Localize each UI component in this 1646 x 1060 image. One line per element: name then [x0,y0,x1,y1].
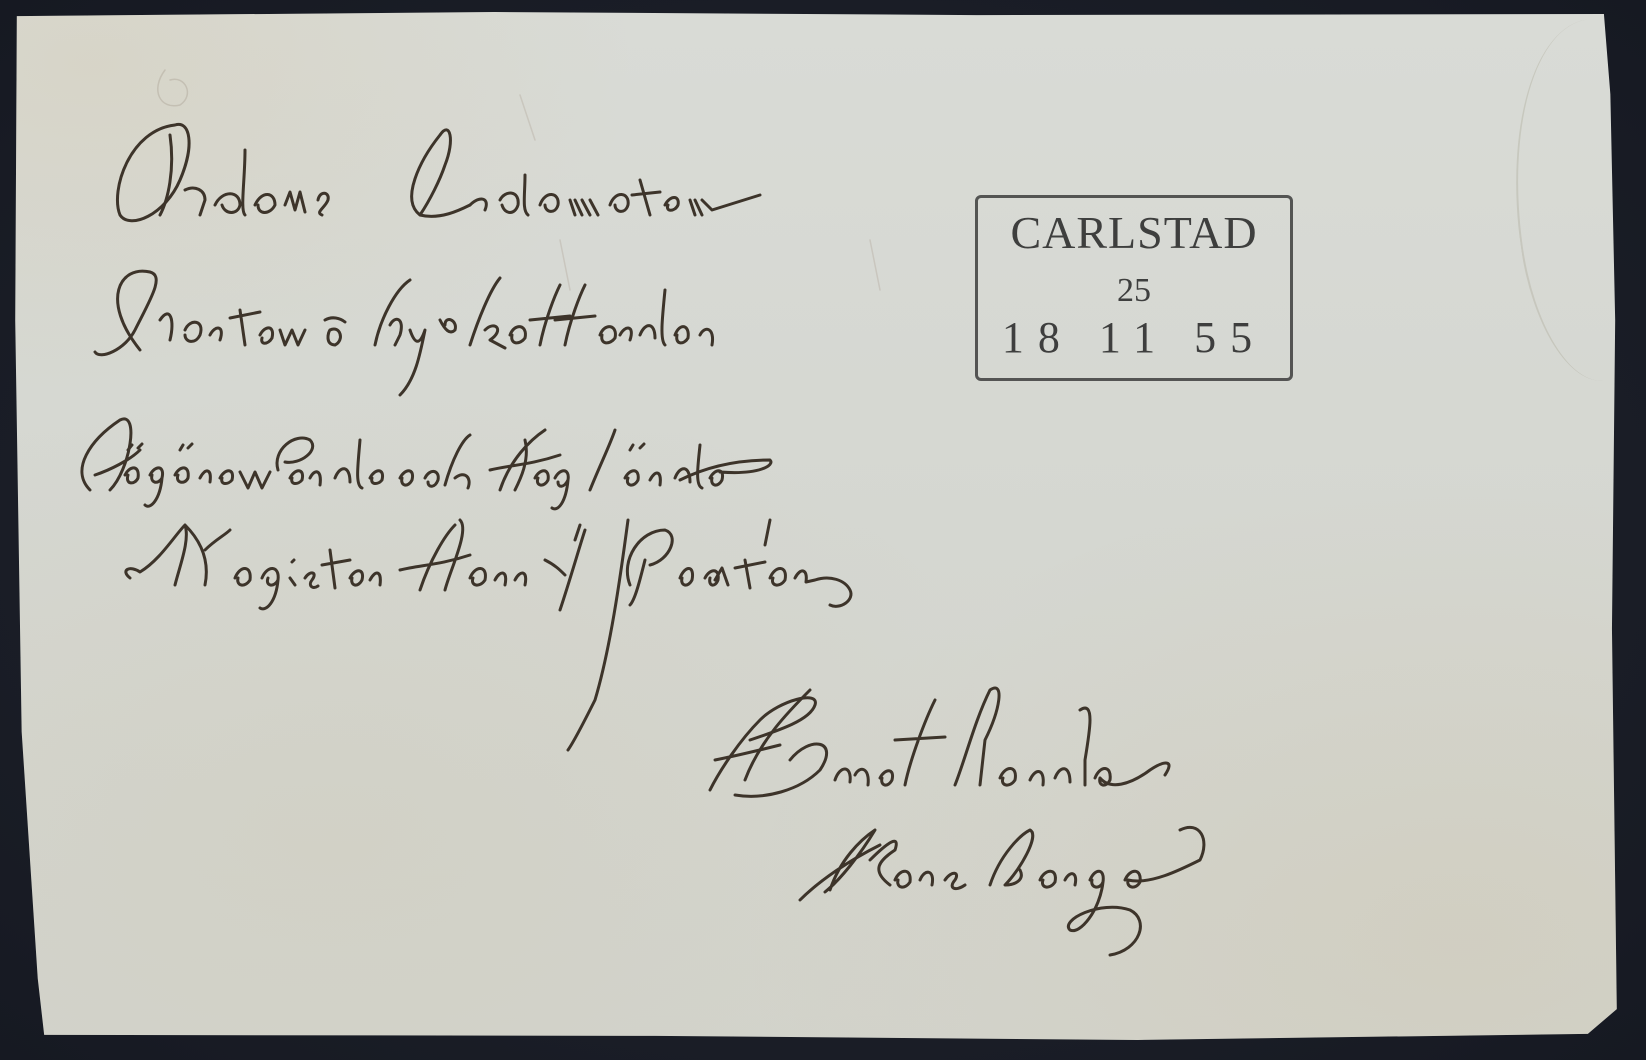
handwriting-line-magister-herr-ponten [126,520,851,610]
handwriting-line-korsberga [800,827,1204,955]
faint-pencil-marks [158,70,880,290]
postmark-city: CARLSTAD [986,210,1282,256]
handwriting-line-prosten-kyrkoherden [95,271,713,395]
carlstad-postmark: CARLSTAD 25 18 11 55 [975,195,1293,381]
handwriting-line-hogarewordet-hoglarde [82,419,771,509]
handwriting-line-hvetlanda [710,688,1169,796]
handwriting-line-ordens-ledamoten [117,124,760,220]
postmark-date-line: 18 11 55 [978,316,1290,360]
handwritten-address [0,0,1646,1060]
postmark-day: 25 [978,274,1290,308]
